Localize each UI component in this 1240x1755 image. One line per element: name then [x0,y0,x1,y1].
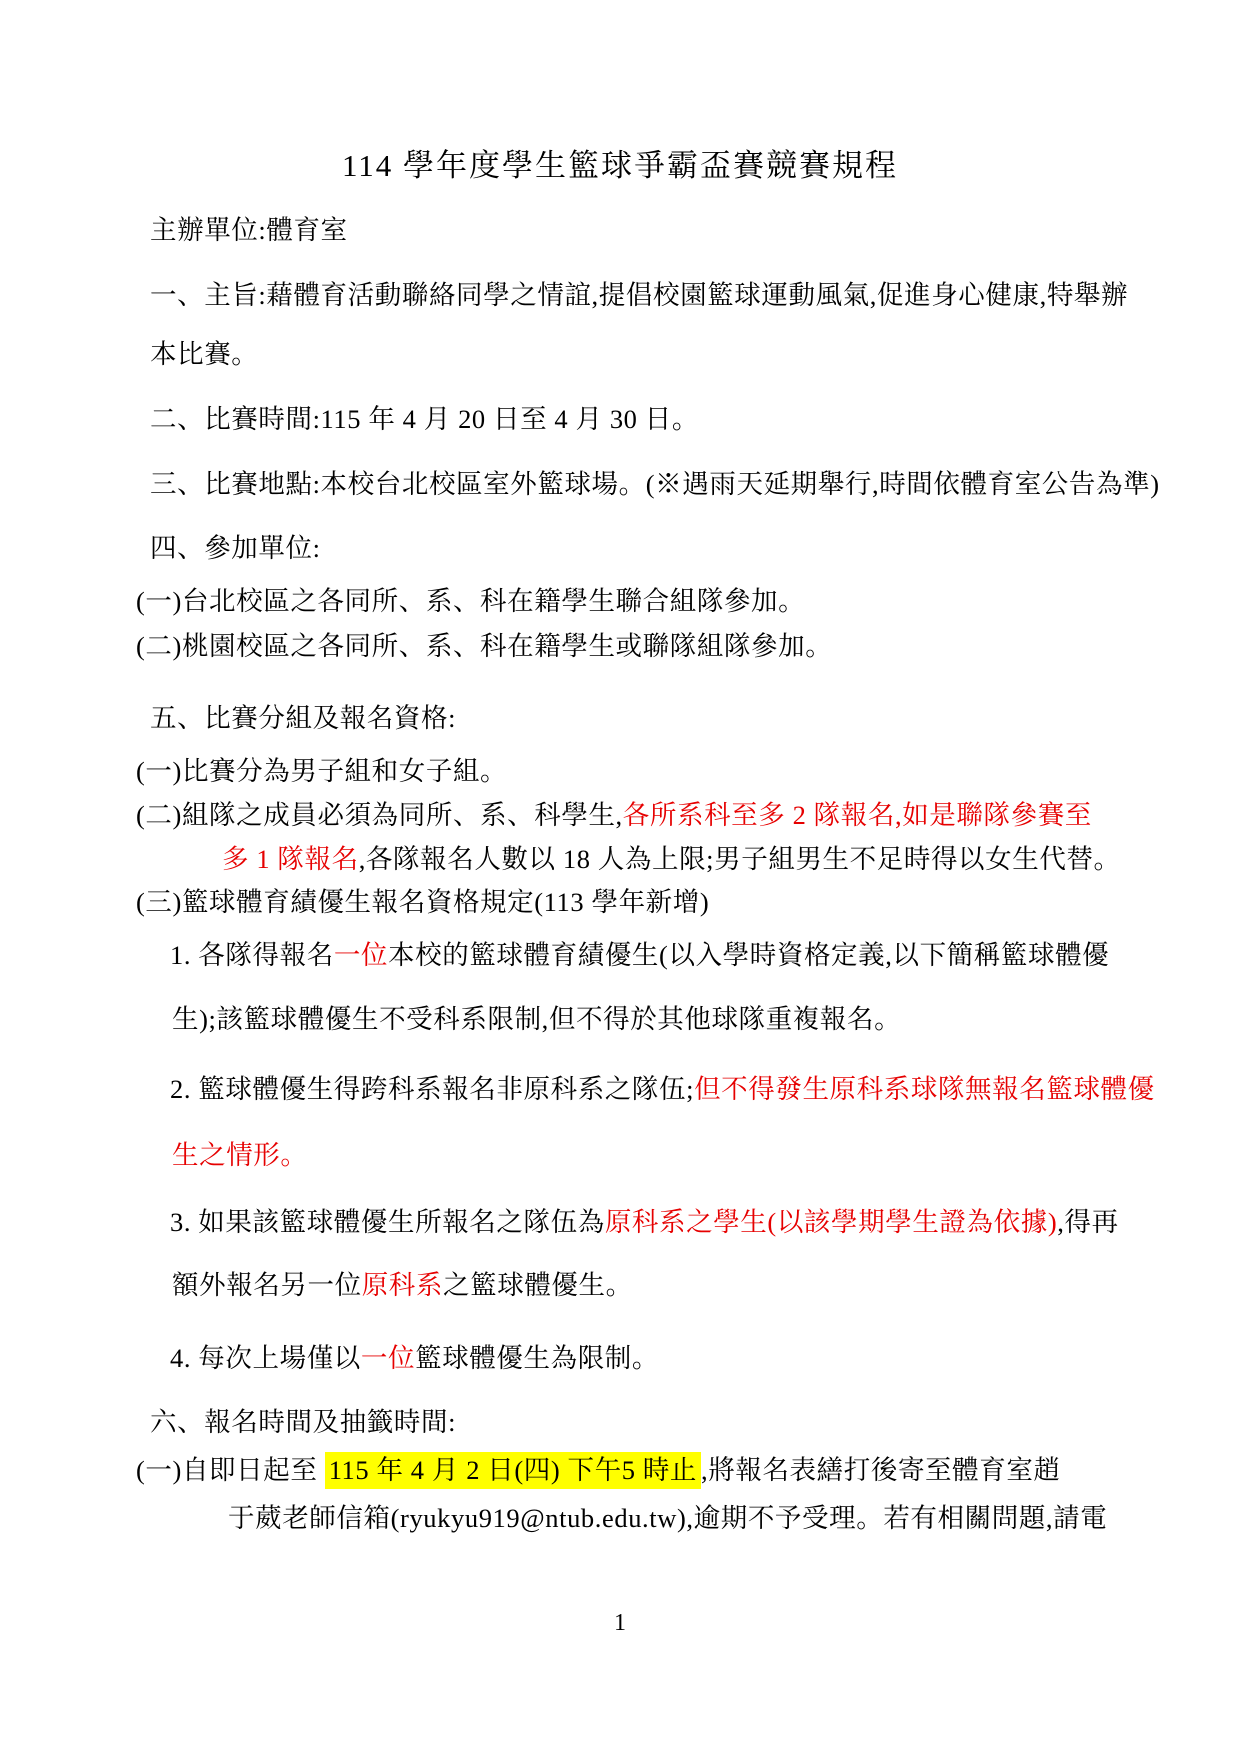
body-text: 主辦單位:體育室 [150,215,348,245]
red-emphasis-text: 多 1 隊報名 [222,844,359,874]
body-text: 于葳老師信箱(ryukyu919@ntub.edu.tw),逾期不予受理。若有相… [228,1503,1107,1533]
body-text: 五、比賽分組及報名資格: [150,703,456,733]
body-text: (一)自即日起至 [136,1455,325,1485]
body-text: ,各隊報名人數以 18 人為上限;男子組男生不足時得以女生代替。 [359,844,1121,874]
grouping-item-1: (一)比賽分為男子組和女子組。 [136,753,507,790]
red-emphasis-text: 原科系 [362,1270,443,1300]
document-page: 114 學年度學生籃球爭霸盃賽競賽規程 主辦單位:體育室一、主旨:藉體育活動聯絡… [0,0,1240,1755]
rule-3-line-2: 額外報名另一位原科系之籃球體優生。 [172,1267,633,1304]
participants-item-1: (一)台北校區之各同所、系、科在籍學生聯合組隊參加。 [136,583,805,620]
grouping-item-2-line-2: 多 1 隊報名,各隊報名人數以 18 人為上限;男子組男生不足時得以女生代替。 [222,841,1121,878]
time-line: 二、比賽時間:115 年 4 月 20 日至 4 月 30 日。 [150,401,699,438]
red-emphasis-text: 生之情形。 [172,1140,308,1170]
document-title: 114 學年度學生籃球爭霸盃賽競賽規程 [0,140,1240,185]
body-text: 籃球體優生為限制。 [415,1343,659,1373]
purpose-line-1: 一、主旨:藉體育活動聯絡同學之情誼,提倡校園籃球運動風氣,促進身心健康,特舉辦 [150,277,1128,314]
location-line: 三、比賽地點:本校台北校區室外籃球場。(※遇雨天延期舉行,時間依體育室公告為準) [150,466,1160,503]
body-text: (一)台北校區之各同所、系、科在籍學生聯合組隊參加。 [136,586,805,616]
rule-3-line-1: 3. 如果該籃球體優生所報名之隊伍為原科系之學生(以該學期學生證為依據),得再 [170,1204,1119,1241]
page-number: 1 [0,1610,1240,1637]
red-emphasis-text: 一位 [361,1343,415,1373]
body-text: 1. 各隊得報名 [170,940,334,970]
body-text: 2. 籃球體優生得跨科系報名非原科系之隊伍; [170,1074,694,1104]
grouping-header: 五、比賽分組及報名資格: [150,700,456,737]
rule-2-line-2: 生之情形。 [172,1137,308,1174]
registration-header: 六、報名時間及抽籤時間: [150,1404,456,1441]
body-text: (一)比賽分為男子組和女子組。 [136,756,507,786]
registration-item-1-line-2: 于葳老師信箱(ryukyu919@ntub.edu.tw),逾期不予受理。若有相… [228,1500,1107,1537]
body-text: 三、比賽地點:本校台北校區室外籃球場。(※遇雨天延期舉行,時間依體育室公告為準) [150,469,1160,499]
rule-2-line-1: 2. 籃球體優生得跨科系報名非原科系之隊伍;但不得發生原科系球隊無報名籃球體優 [170,1071,1155,1108]
grouping-item-3: (三)籃球體育績優生報名資格規定(113 學年新增) [136,884,709,921]
body-text: 本比賽。 [150,339,258,369]
participants-item-2: (二)桃園校區之各同所、系、科在籍學生或聯隊組隊參加。 [136,628,832,665]
body-text: ,將報名表繕打後寄至體育室趙 [701,1455,1061,1485]
body-text: (二)桃園校區之各同所、系、科在籍學生或聯隊組隊參加。 [136,631,832,661]
body-text: 3. 如果該籃球體優生所報名之隊伍為 [170,1207,605,1237]
red-emphasis-text: 各所系科至多 2 隊報名,如是聯隊參賽至 [623,800,1092,830]
body-text: 一、主旨:藉體育活動聯絡同學之情誼,提倡校園籃球運動風氣,促進身心健康,特舉辦 [150,280,1128,310]
body-text: 額外報名另一位 [172,1270,362,1300]
highlighted-text: 115 年 4 月 2 日(四) 下午5 時止 [325,1452,701,1489]
body-text: 二、比賽時間:115 年 4 月 20 日至 4 月 30 日。 [150,404,699,434]
grouping-item-2-line-1: (二)組隊之成員必須為同所、系、科學生,各所系科至多 2 隊報名,如是聯隊參賽至 [136,797,1092,834]
registration-item-1-line-1: (一)自即日起至 115 年 4 月 2 日(四) 下午5 時止,將報名表繕打後… [136,1452,1061,1489]
body-text: (三)籃球體育績優生報名資格規定(113 學年新增) [136,887,709,917]
participants-header: 四、參加單位: [150,530,321,567]
rule-1-line-2: 生);該籃球體優生不受科系限制,但不得於其他球隊重複報名。 [172,1001,901,1038]
rule-4-line: 4. 每次上場僅以一位籃球體優生為限制。 [170,1340,659,1377]
purpose-line-2: 本比賽。 [150,336,258,373]
body-text: 生);該籃球體優生不受科系限制,但不得於其他球隊重複報名。 [172,1004,901,1034]
body-text: 本校的籃球體育績優生(以入學時資格定義,以下簡稱籃球體優 [388,940,1109,970]
red-emphasis-text: 一位 [334,940,388,970]
body-text: 之籃球體優生。 [443,1270,633,1300]
body-text: ,得再 [1057,1207,1118,1237]
rule-1-line-1: 1. 各隊得報名一位本校的籃球體育績優生(以入學時資格定義,以下簡稱籃球體優 [170,937,1109,974]
body-text: (二)組隊之成員必須為同所、系、科學生, [136,800,623,830]
body-text: 六、報名時間及抽籤時間: [150,1407,456,1437]
red-emphasis-text: 原科系之學生(以該學期學生證為依據) [605,1207,1057,1237]
body-text: 4. 每次上場僅以 [170,1343,361,1373]
red-emphasis-text: 但不得發生原科系球隊無報名籃球體優 [694,1074,1155,1104]
body-text: 四、參加單位: [150,533,321,563]
organizer-line: 主辦單位:體育室 [150,212,348,249]
